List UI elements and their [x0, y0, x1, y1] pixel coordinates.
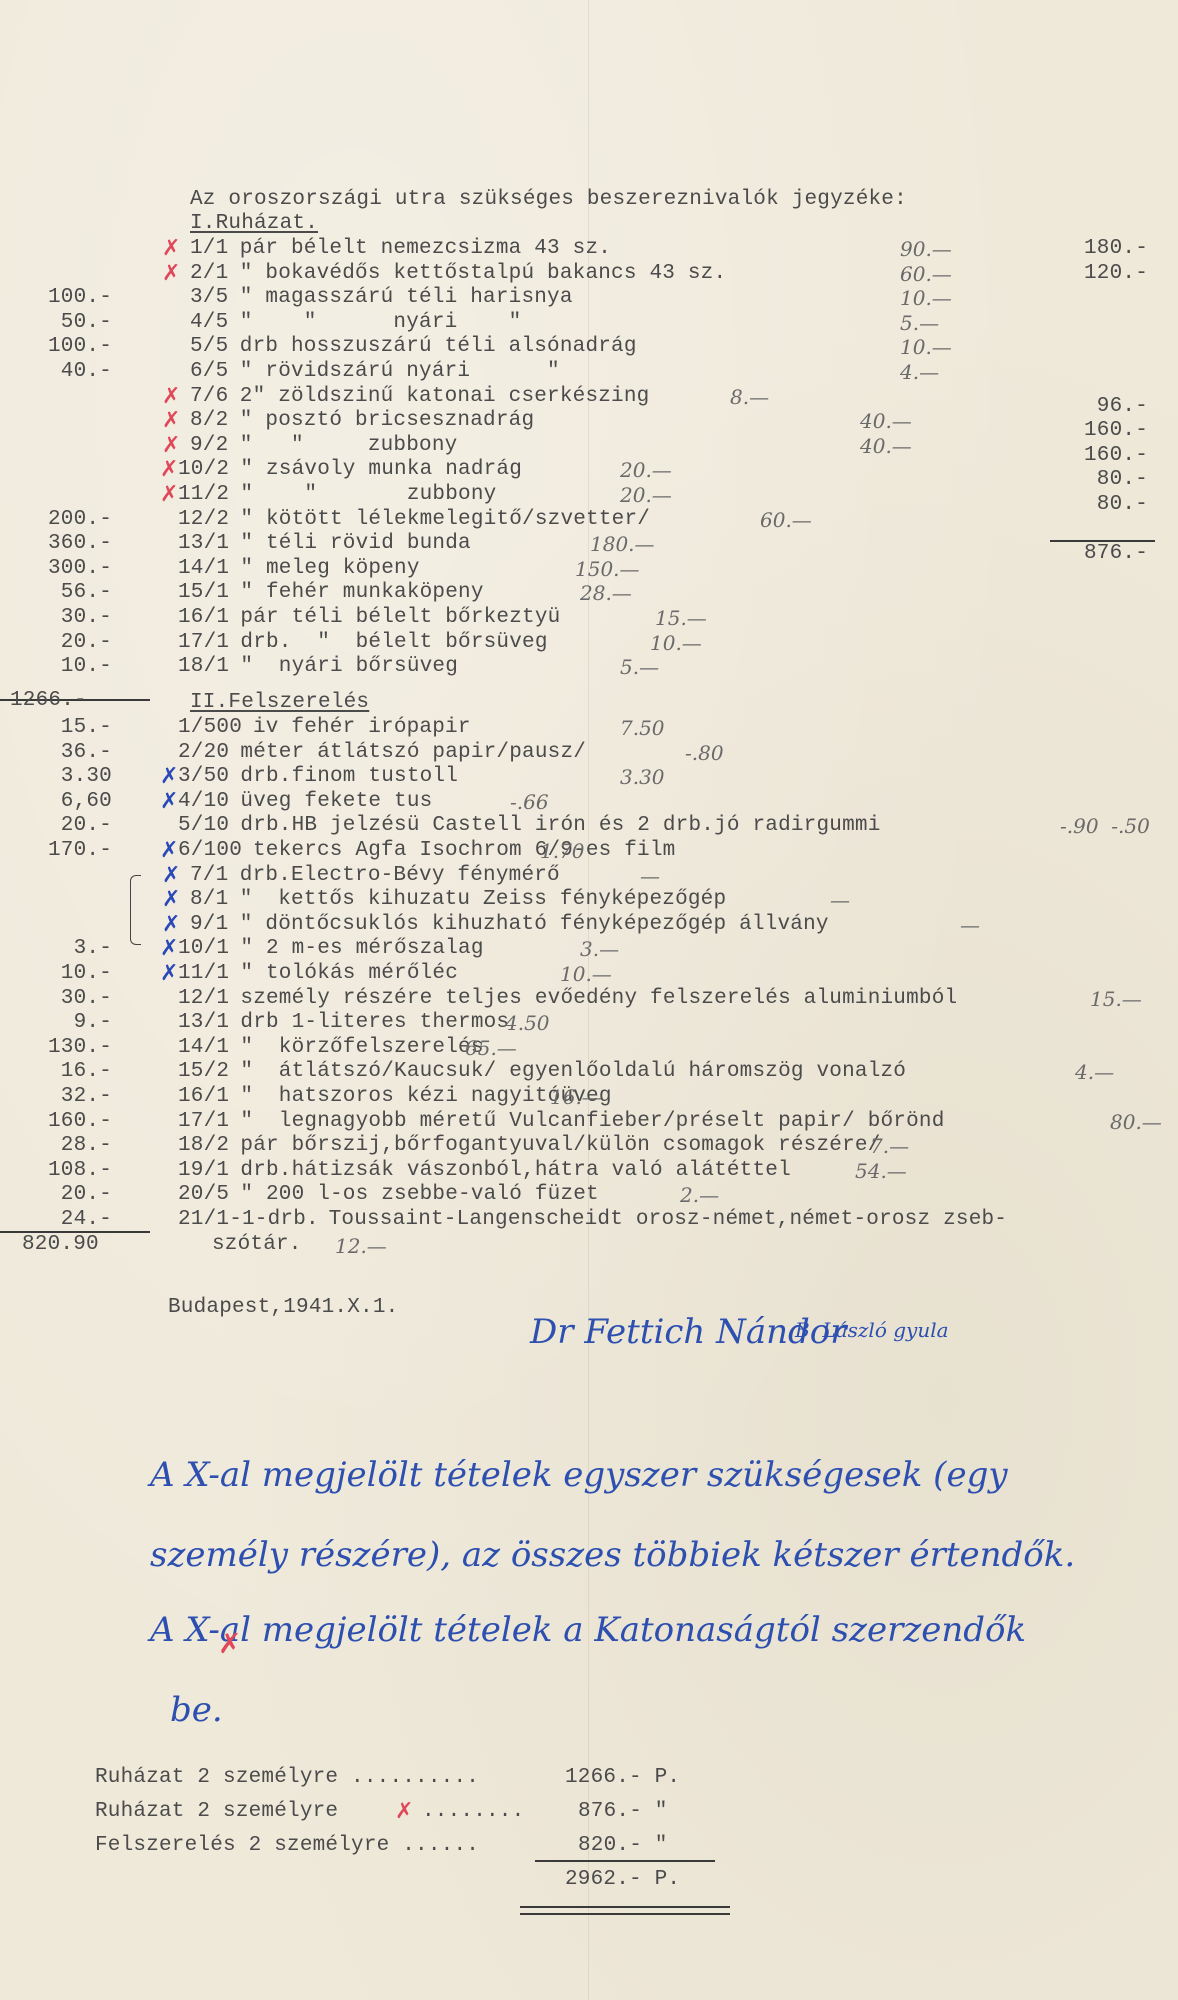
handwritten-price: 10.—: [900, 286, 952, 310]
right-amount: 160.-: [1040, 444, 1148, 469]
left-amount: 170.-: [0, 839, 112, 864]
item-number: 20/5: [178, 1183, 229, 1208]
item-number: 14/1: [178, 1036, 229, 1061]
handwritten-price: 10.—: [650, 631, 702, 655]
right-subtotal-rule: [1050, 540, 1155, 542]
item-number: 6/100: [178, 839, 242, 864]
item-text: " " zubbony: [240, 434, 458, 459]
item-number: 1/1: [190, 237, 228, 262]
item-text: " körzőfelszerelés: [240, 1036, 483, 1061]
left-amount: 200.-: [0, 508, 112, 533]
item-text: drb 1-literes thermos: [240, 1011, 509, 1036]
summary-sum-rule: [535, 1860, 715, 1862]
item-number: 12/2: [178, 508, 229, 533]
item-text: " átlátszó/Kaucsuk/ egyenlőoldalú hároms…: [240, 1060, 906, 1085]
left-amount: 6,60: [0, 790, 112, 815]
handwritten-price: 28.—: [580, 581, 632, 605]
handwritten-price: 80.—: [1110, 1110, 1162, 1134]
item-number: 15/1: [178, 581, 229, 606]
section-heading-felszereles: II.Felszerelés: [190, 691, 369, 716]
right-amount: 80.-: [1040, 493, 1148, 518]
handwritten-price: 10.—: [560, 962, 612, 986]
item-text: személy részére teljes evőedény felszere…: [240, 987, 957, 1012]
handwritten-price: 2.—: [680, 1183, 719, 1207]
handwritten-note-line-3: A X-al megjelölt tételek a Katonaságtól …: [150, 1610, 1026, 1650]
item-text: tekercs Agfa Isochrom 6/9-es film: [253, 839, 675, 864]
item-number: 2/1: [190, 262, 228, 287]
red-x-mark-icon: ✗: [162, 409, 180, 433]
red-x-mark-icon: ✗: [162, 385, 180, 409]
blue-x-mark-icon: ✗: [162, 913, 180, 937]
item-number: 9/2: [190, 434, 228, 459]
red-x-mark-icon: ✗: [162, 237, 180, 261]
handwritten-price: 60.—: [760, 508, 812, 532]
handwritten-price: -.80: [685, 741, 724, 765]
item-text: Toussaint-Langenscheidt orosz-német,néme…: [329, 1208, 1008, 1233]
handwritten-price: 10.—: [900, 335, 952, 359]
handwritten-note-line-2: személy részére), az összes többiek kéts…: [150, 1535, 1075, 1575]
item-number: 1/500: [178, 716, 242, 741]
handwritten-price: 3.—: [580, 937, 619, 961]
handwritten-price: 15.—: [655, 606, 707, 630]
item-text: " döntőcsuklós kihuzható fényképezőgép á…: [240, 913, 829, 938]
item-text: drb.Electro-Bévy fénymérő: [240, 864, 560, 889]
item-number: 10/1: [178, 937, 229, 962]
item-text: " bokavédős kettőstalpú bakancs 43 sz.: [240, 262, 726, 287]
item-text: drb. " bélelt bőrsüveg: [240, 631, 547, 656]
handwritten-price: 8.—: [730, 385, 769, 409]
left-amount: 28.-: [0, 1134, 112, 1159]
handwritten-price: —: [960, 913, 980, 937]
item-text: pár bélelt nemezcsizma 43 sz.: [240, 237, 611, 262]
handwritten-price: 150.—: [575, 557, 640, 581]
handwritten-note-line-1: A X-al megjelölt tételek egyszer szükség…: [150, 1455, 1008, 1495]
handwritten-price: 40.—: [860, 409, 912, 433]
left-amount: 36.-: [0, 741, 112, 766]
red-x-mark-icon: ✗: [218, 1632, 241, 1656]
blue-x-mark-icon: ✗: [162, 864, 180, 888]
item-number: 3/5: [190, 286, 228, 311]
item-number: 5/10: [178, 814, 229, 839]
place-date: Budapest,1941.X.1.: [168, 1296, 398, 1321]
item-text: pár téli bélelt bőrkeztyü: [240, 606, 560, 631]
item-text: pár bőrszij,bőrfogantyuval/külön csomago…: [240, 1134, 880, 1159]
right-amount: 96.-: [1040, 395, 1148, 420]
left-amount: 24.-: [0, 1208, 112, 1233]
left-amount: 20.-: [0, 814, 112, 839]
summary-row-2-amount: 876.- ": [578, 1800, 668, 1825]
left-amount: 100.-: [0, 286, 112, 311]
item-number: 21/1-1-drb.: [178, 1208, 319, 1233]
summary-row-3-amount: 820.- ": [578, 1834, 668, 1859]
left-amount: 30.-: [0, 606, 112, 631]
total-double-rule-top: [520, 1906, 730, 1908]
item-number: 9/1: [190, 913, 228, 938]
item-number: 7/1: [190, 864, 228, 889]
red-x-mark-icon: ✗: [162, 262, 180, 286]
item-number: 12/1: [178, 987, 229, 1012]
summary-row-2-dots: ........: [422, 1800, 524, 1825]
handwritten-price: -.90 -.50: [1060, 814, 1150, 838]
item-text: " 200 l-os zsebbe-való füzet: [240, 1183, 598, 1208]
handwritten-price: 40.—: [860, 434, 912, 458]
item-number: 7/6: [190, 385, 228, 410]
handwritten-price: 7.50: [620, 716, 665, 740]
left-amount: 50.-: [0, 311, 112, 336]
item-number: 19/1: [178, 1159, 229, 1184]
item-text: " 2 m-es mérőszalag: [240, 937, 483, 962]
item-text: drb hosszuszárú téli alsónadrág: [240, 335, 637, 360]
item-text: " tolókás mérőléc: [240, 962, 458, 987]
document-title: Az oroszországi utra szükséges beszerezn…: [190, 188, 907, 213]
item-number: 4/5: [190, 311, 228, 336]
item-text: méter átlátszó papir/pausz/: [240, 741, 586, 766]
left-amount: 3.30: [0, 765, 112, 790]
handwritten-price: 4.—: [1075, 1060, 1114, 1084]
blue-x-mark-icon: ✗: [160, 839, 178, 863]
item-text: drb.finom tustoll: [240, 765, 458, 790]
left-amount: 9.-: [0, 1011, 112, 1036]
handwritten-price: 7.—: [870, 1134, 909, 1158]
item-number: 6/5: [190, 360, 228, 385]
item-number: 15/2: [178, 1060, 229, 1085]
item-text: " magasszárú téli harisnya: [240, 286, 573, 311]
left-amount: 300.-: [0, 557, 112, 582]
blue-x-mark-icon: ✗: [160, 765, 178, 789]
handwritten-price: 65.—: [465, 1036, 517, 1060]
item-text: " posztó bricsesznadrág: [240, 409, 534, 434]
handwritten-price: 54.—: [855, 1159, 907, 1183]
left-amount: 32.-: [0, 1085, 112, 1110]
handwritten-price: 5.—: [620, 655, 659, 679]
item-number: 16/1: [178, 606, 229, 631]
bracket-items-7-9: [130, 875, 141, 945]
left-amount: 40.-: [0, 360, 112, 385]
left-amount: 15.-: [0, 716, 112, 741]
summary-row-3-label: Felszerelés 2 személyre ......: [95, 1834, 479, 1859]
item-number: 13/1: [178, 532, 229, 557]
blue-x-mark-icon: ✗: [160, 790, 178, 814]
item-number: 10/2: [178, 458, 229, 483]
handwritten-price: 1.70: [540, 839, 585, 863]
right-amount: 160.-: [1040, 419, 1148, 444]
item-number: 2/20: [178, 741, 229, 766]
summary-total: 2962.- P.: [565, 1868, 680, 1893]
handwritten-price: 20.—: [620, 458, 672, 482]
item-text: " fehér munkaköpeny: [240, 581, 483, 606]
right-amount: 876.-: [1040, 542, 1148, 567]
summary-row-1-amount: 1266.- P.: [565, 1766, 680, 1791]
item-number: 14/1: [178, 557, 229, 582]
summary-row-1-label: Ruházat 2 személyre ..........: [95, 1766, 479, 1791]
continuation-text: szótár.: [212, 1233, 302, 1258]
item-number: 8/2: [190, 409, 228, 434]
blue-x-mark-icon: ✗: [160, 962, 178, 986]
item-number: 18/2: [178, 1134, 229, 1159]
left-subtotal-ruhazat: 1266.-: [10, 689, 87, 714]
item-text: " téli rövid bunda: [240, 532, 470, 557]
left-amount: 360.-: [0, 532, 112, 557]
item-text: " rövidszárú nyári ": [240, 360, 560, 385]
blue-x-mark-icon: ✗: [160, 937, 178, 961]
item-number: 17/1: [178, 1110, 229, 1135]
item-text: " nyári bőrsüveg: [240, 655, 458, 680]
handwritten-price: 5.—: [900, 311, 939, 335]
section-heading-ruhazat: I.Ruházat.: [190, 212, 318, 237]
item-number: 17/1: [178, 631, 229, 656]
left-amount: 10.-: [0, 655, 112, 680]
item-number: 5/5: [190, 335, 228, 360]
item-text: drb.hátizsák vászonból,hátra való alátét…: [240, 1159, 791, 1184]
red-x-mark-icon: ✗: [160, 483, 178, 507]
handwritten-price: 16.—: [550, 1085, 602, 1109]
left-amount: 20.-: [0, 631, 112, 656]
right-amount: 80.-: [1040, 468, 1148, 493]
handwritten-price: 60.—: [900, 262, 952, 286]
left-amount: 56.-: [0, 581, 112, 606]
item-text: " legnagyobb méretű Vulcanfieber/préselt…: [240, 1110, 944, 1135]
left-amount: 20.-: [0, 1183, 112, 1208]
item-text: " zsávoly munka nadrág: [240, 458, 522, 483]
left-amount: 160.-: [0, 1110, 112, 1135]
continuation-price: 12.—: [335, 1234, 387, 1258]
left-amount: 130.-: [0, 1036, 112, 1061]
handwritten-price: —: [830, 888, 850, 912]
item-number: 11/1: [178, 962, 229, 987]
item-number: 16/1: [178, 1085, 229, 1110]
left-amount: 3.-: [0, 937, 112, 962]
item-text: " meleg köpeny: [240, 557, 419, 582]
right-amount: 180.-: [1040, 237, 1148, 262]
item-number: 18/1: [178, 655, 229, 680]
red-x-mark-icon: ✗: [162, 434, 180, 458]
blue-x-mark-icon: ✗: [162, 888, 180, 912]
item-number: 8/1: [190, 888, 228, 913]
item-number: 13/1: [178, 1011, 229, 1036]
left-amount: 30.-: [0, 987, 112, 1012]
item-text: 2" zöldszinű katonai cserkészing: [240, 385, 650, 410]
handwritten-price: 4.50: [505, 1011, 550, 1035]
total-double-rule-bottom: [520, 1913, 730, 1915]
item-text: " kettős kihuzatu Zeiss fényképezőgép: [240, 888, 726, 913]
red-x-mark-icon: ✗: [160, 458, 178, 482]
left-amount: 10.-: [0, 962, 112, 987]
item-text: üveg fekete tus: [240, 790, 432, 815]
right-amount: 120.-: [1040, 262, 1148, 287]
item-text: drb.HB jelzésü Castell irón és 2 drb.jó …: [240, 814, 880, 839]
signature-secondary: B. László gyula: [795, 1318, 949, 1342]
handwritten-price: 4.—: [900, 360, 939, 384]
handwritten-price: 15.—: [1090, 987, 1142, 1011]
item-text: iv fehér irópapir: [253, 716, 471, 741]
handwritten-price: 20.—: [620, 483, 672, 507]
handwritten-price: 180.—: [590, 532, 655, 556]
left-amount: 108.-: [0, 1159, 112, 1184]
item-number: 4/10: [178, 790, 229, 815]
handwritten-price: 3.30: [620, 765, 665, 789]
left-amount: 100.-: [0, 335, 112, 360]
handwritten-note-line-4: be.: [170, 1690, 223, 1730]
handwritten-price: 90.—: [900, 237, 952, 261]
handwritten-price: -.66: [510, 790, 549, 814]
left-subtotal-felszereles: 820.90: [22, 1233, 99, 1258]
left-amount: 16.-: [0, 1060, 112, 1085]
item-number: 11/2: [178, 483, 229, 508]
summary-row-2-label: Ruházat 2 személyre: [95, 1800, 338, 1825]
red-x-mark-icon: ✗: [395, 1800, 413, 1824]
handwritten-price: —: [640, 864, 660, 888]
item-text: " " zubbony: [240, 483, 496, 508]
item-number: 3/50: [178, 765, 229, 790]
item-text: " " nyári ": [240, 311, 522, 336]
item-text: " kötött lélekmelegitő/szvetter/: [240, 508, 650, 533]
